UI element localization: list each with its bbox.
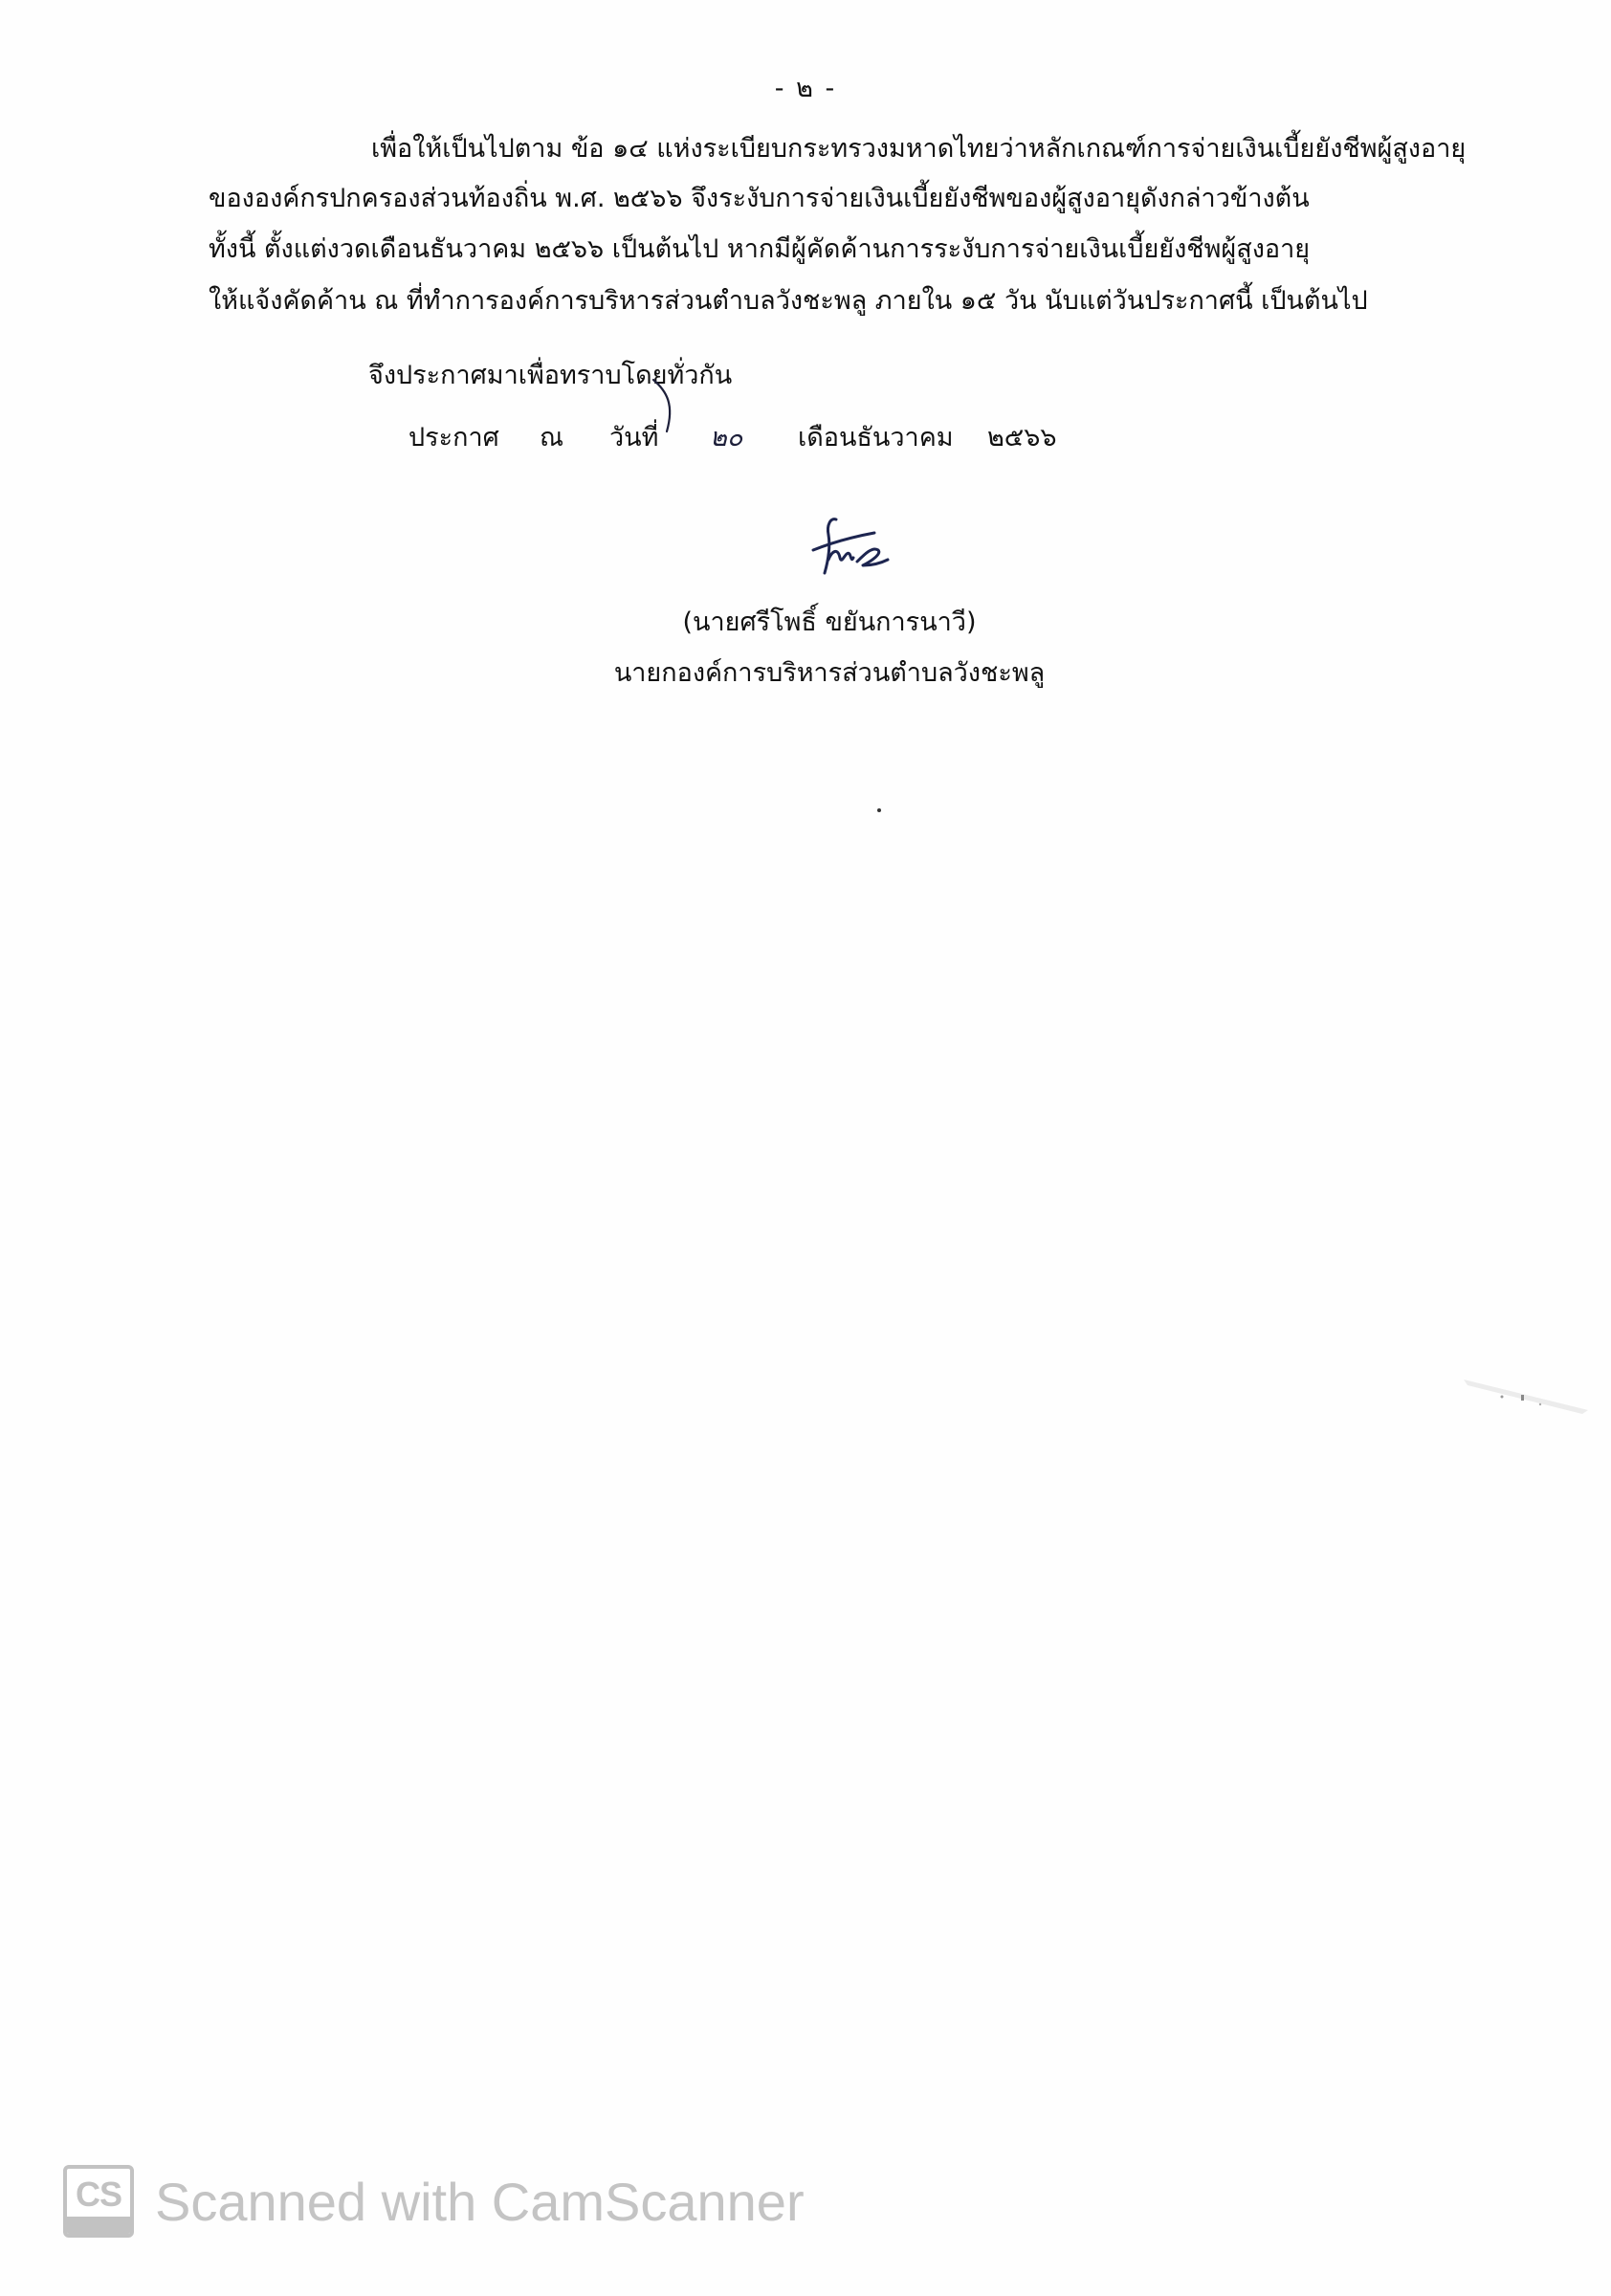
- date-month: เดือนธันวาคม: [798, 416, 954, 457]
- page-number: - ๒ -: [0, 67, 1611, 108]
- camscanner-logo-bar: [67, 2217, 130, 2234]
- body-paragraph-line-4: ให้แจ้งคัดค้าน ณ ที่ทำการองค์การบริหารส่…: [209, 284, 1452, 319]
- scanned-document-page: - ๒ - เพื่อให้เป็นไปตาม ข้อ ๑๔ แห่งระเบี…: [0, 0, 1611, 2296]
- signer-name: (นายศรีโพธิ์ ขยันการนาวี): [0, 601, 1611, 642]
- body-paragraph-line-3: ทั้งนี้ ตั้งแต่งวดเดือนธันวาคม ๒๕๖๖ เป็น…: [209, 232, 1452, 267]
- camscanner-logo-icon: CS: [63, 2165, 134, 2238]
- scan-dust-mark: [877, 808, 881, 812]
- scan-smudge-mark: [1464, 1378, 1588, 1416]
- date-day-handwritten: ๒๐: [710, 416, 742, 457]
- date-day-label: วันที่: [609, 416, 658, 457]
- body-paragraph-line-2: ขององค์กรปกครองส่วนท้องถิ่น พ.ศ. ๒๕๖๖ จึ…: [209, 182, 1452, 216]
- date-year: ๒๕๖๖: [987, 416, 1057, 457]
- body-paragraph-line-1: เพื่อให้เป็นไปตาม ข้อ ๑๔ แห่งระเบียบกระท…: [371, 132, 1452, 166]
- camscanner-watermark: CS Scanned with CamScanner: [63, 2165, 805, 2238]
- date-at: ณ: [540, 416, 563, 457]
- signer-title: นายกองค์การบริหารส่วนตำบลวังชะพลู: [0, 651, 1611, 693]
- camscanner-logo-text: CS: [67, 2175, 130, 2215]
- signature-icon: [794, 512, 909, 588]
- date-prefix: ประกาศ: [408, 416, 499, 457]
- camscanner-watermark-text: Scanned with CamScanner: [155, 2171, 805, 2233]
